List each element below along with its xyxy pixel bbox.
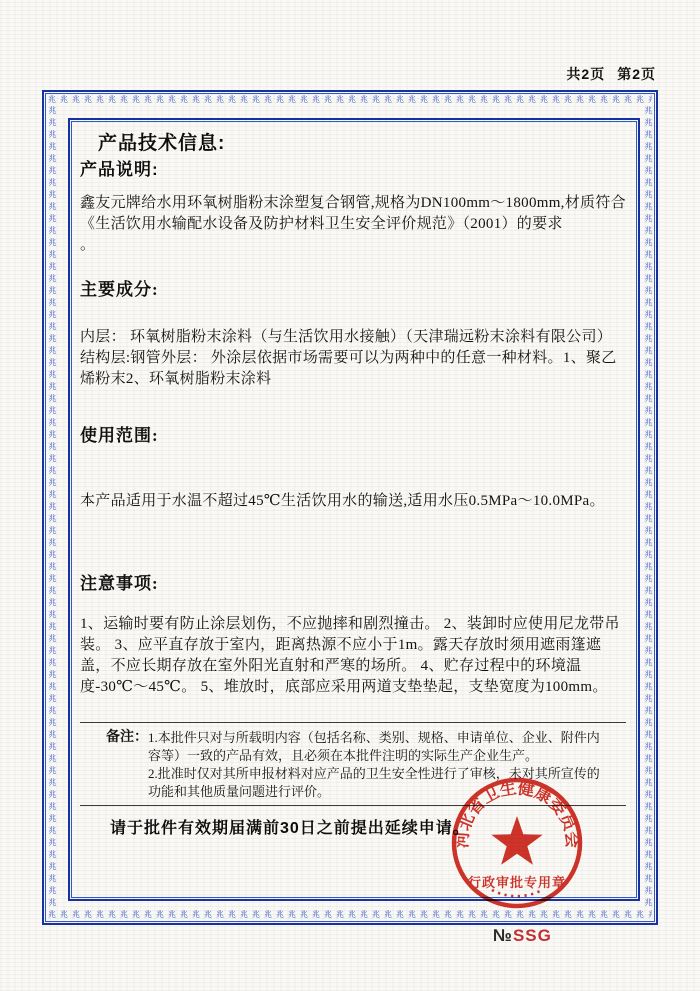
pagination: 共2页第2页 <box>566 64 656 84</box>
number-value: SSG <box>513 926 552 945</box>
document-number: №SSG <box>493 926 552 946</box>
product-description-period: 。 <box>80 235 626 256</box>
glyph-band-top: 兆兆兆兆兆兆兆兆兆兆兆兆兆兆兆兆兆兆兆兆兆兆兆兆兆兆兆兆兆兆兆兆兆兆兆兆兆兆兆兆… <box>48 94 652 106</box>
official-stamp: 河北省卫生健康委员会 行政审批专用章 <box>446 772 588 914</box>
stamp-star-icon <box>491 816 542 865</box>
main-components-heading: 主要成分: <box>80 275 626 300</box>
glyph-band-right: 兆兆兆兆兆兆兆兆兆兆兆兆兆兆兆兆兆兆兆兆兆兆兆兆兆兆兆兆兆兆兆兆兆兆兆兆兆兆兆兆… <box>642 106 654 909</box>
usage-scope-body: 本产品适用于水温不超过45℃生活饮用水的输送,适用水压0.5MPa～10.0MP… <box>80 491 626 512</box>
stamp-dotted-arc <box>492 890 542 896</box>
glyph-band-left: 兆兆兆兆兆兆兆兆兆兆兆兆兆兆兆兆兆兆兆兆兆兆兆兆兆兆兆兆兆兆兆兆兆兆兆兆兆兆兆兆… <box>46 106 58 909</box>
certificate-page: 共2页第2页 兆兆兆兆兆兆兆兆兆兆兆兆兆兆兆兆兆兆兆兆兆兆兆兆兆兆兆兆兆兆兆兆兆… <box>0 0 700 991</box>
product-description-body: 鑫友元牌给水用环氧树脂粉末涂塑复合钢管,规格为DN100mm～1800mm,材质… <box>80 193 626 235</box>
stamp-caption: 行政审批专用章 <box>468 875 566 890</box>
product-description-heading: 产品说明: <box>80 155 626 180</box>
main-components-body: 内层： 环氧树脂粉末涂料（与生活饮用水接触）（天津瑞远粉末涂料有限公司） 结构层… <box>80 327 626 390</box>
remark-label: 备注： <box>106 729 148 801</box>
page-current: 第2页 <box>617 66 656 82</box>
number-prefix: № <box>493 926 513 945</box>
pages-total: 共2页 <box>566 66 605 82</box>
usage-scope-heading: 使用范围: <box>80 421 626 446</box>
page-title: 产品技术信息: <box>80 128 626 155</box>
precautions-body: 1、运输时要有防止涂层划伤，不应抛摔和剧烈撞击。 2、装卸时应使用尼龙带吊装。 … <box>80 614 626 698</box>
remark-item-1: 1.本批件只对与所载明内容（包括名称、类别、规格、申请单位、企业、附件内容等）一… <box>148 729 612 765</box>
remark-divider-top <box>80 722 626 723</box>
precautions-heading: 注意事项: <box>80 569 626 594</box>
